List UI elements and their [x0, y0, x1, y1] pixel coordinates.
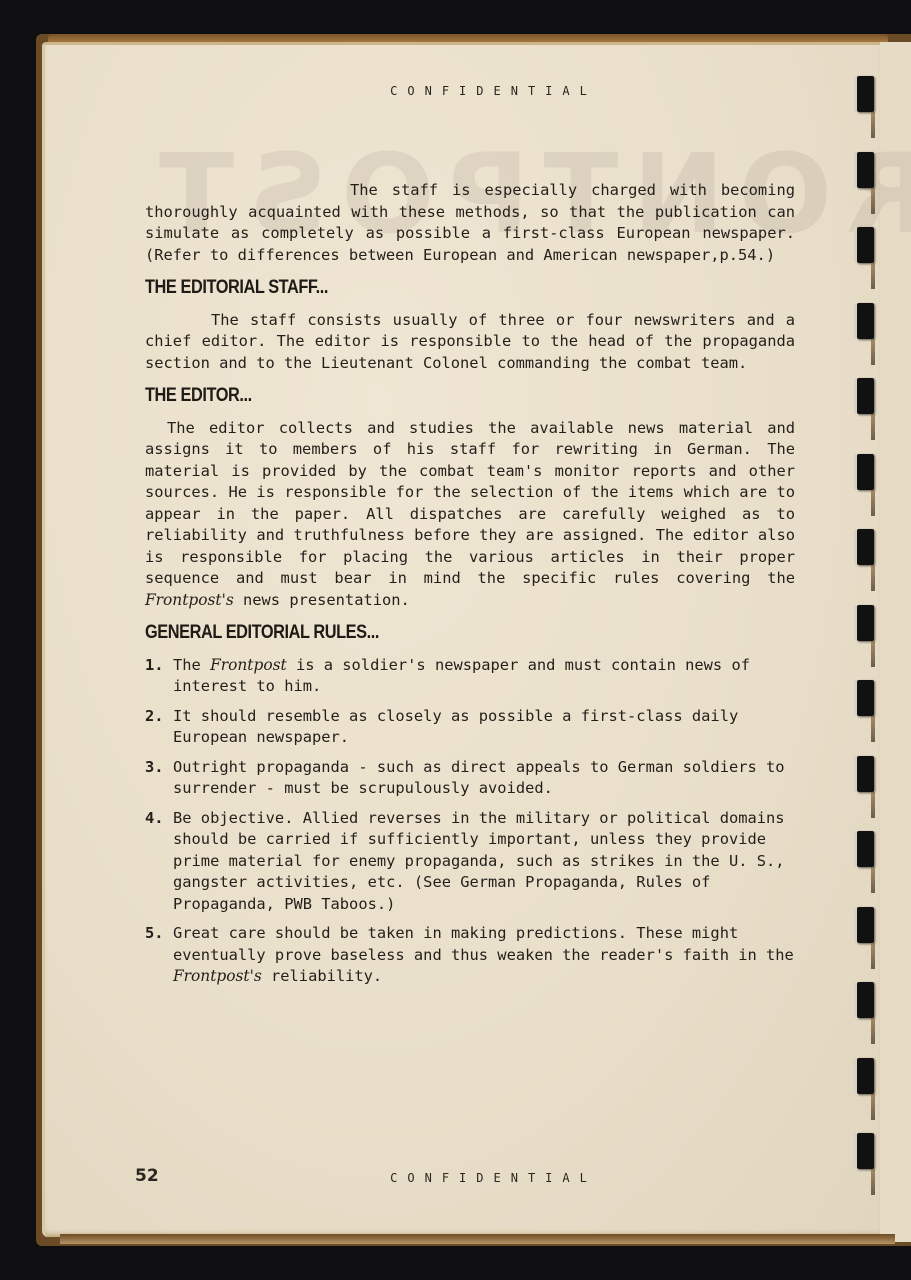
rule-item: 4.Be objective. Allied reverses in the m…: [145, 808, 795, 916]
rule-number: 3.: [145, 757, 164, 779]
binding-ring-icon: [857, 680, 877, 718]
rule-item: 2.It should resemble as closely as possi…: [145, 706, 795, 749]
section-heading-editorial-staff: THE EDITORIAL STAFF...: [145, 277, 704, 299]
rule-text: Be objective. Allied reverses in the mil…: [173, 809, 785, 913]
rule-text: Outright propaganda - such as direct app…: [173, 758, 785, 798]
page-edge-bottom: [60, 1234, 895, 1244]
rule-text-italic: Frontpost's: [173, 967, 262, 985]
binding-ring-icon: [857, 1133, 877, 1171]
binding-ring-icon: [857, 831, 877, 869]
rule-text-italic: Frontpost: [210, 656, 287, 674]
binding-ring-icon: [857, 605, 877, 643]
rule-number: 5.: [145, 923, 164, 945]
page-content: The staff is especially charged with bec…: [145, 180, 795, 996]
confidential-footer: CONFIDENTIAL: [38, 1171, 911, 1185]
binding-ring-icon: [857, 303, 877, 341]
editor-paragraph: The editor collects and studies the avai…: [145, 418, 795, 612]
rule-text: It should resemble as closely as possibl…: [173, 707, 738, 747]
binding-ring-icon: [857, 982, 877, 1020]
binding-ring-icon: [857, 227, 877, 265]
rule-number: 4.: [145, 808, 164, 830]
section-heading-general-rules: GENERAL EDITORIAL RULES...: [145, 622, 704, 644]
binding-ring-icon: [857, 454, 877, 492]
intro-paragraph: The staff is especially charged with bec…: [145, 180, 795, 266]
rule-item: 1.The Frontpost is a soldier's newspaper…: [145, 655, 795, 698]
rule-item: 5.Great care should be taken in making p…: [145, 923, 795, 988]
editor-text-italic: Frontpost's: [145, 591, 234, 609]
rule-number: 2.: [145, 706, 164, 728]
binding-ring-icon: [857, 529, 877, 567]
rules-list: 1.The Frontpost is a soldier's newspaper…: [145, 655, 795, 988]
rule-text: The: [173, 656, 210, 674]
binding-ring-icon: [857, 756, 877, 794]
binding-ring-icon: [857, 378, 877, 416]
binding-ring-icon: [857, 907, 877, 945]
editor-text-b: news presentation.: [234, 591, 410, 609]
editor-text-a: The editor collects and studies the avai…: [145, 419, 795, 588]
binding-ring-icon: [857, 1058, 877, 1096]
rule-item: 3.Outright propaganda - such as direct a…: [145, 757, 795, 800]
rule-text-tail: reliability.: [262, 967, 382, 985]
confidential-header: CONFIDENTIAL: [38, 84, 911, 98]
section-heading-editor: THE EDITOR...: [145, 385, 704, 407]
binding-ring-icon: [857, 152, 877, 190]
binding-ring-icon: [857, 76, 877, 114]
rule-number: 1.: [145, 655, 164, 677]
rule-text: Great care should be taken in making pre…: [173, 924, 794, 964]
editorial-staff-paragraph: The staff consists usually of three or f…: [145, 310, 795, 375]
